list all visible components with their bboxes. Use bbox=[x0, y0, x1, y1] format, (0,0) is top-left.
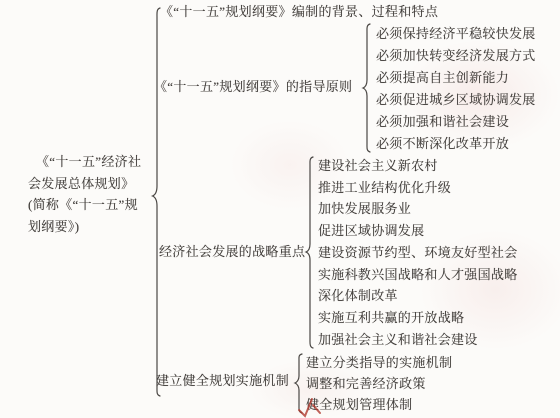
branch-label-implementation-mechanism: 建立健全规划实施机制 bbox=[156, 372, 289, 390]
list-item: 必须加快转变经济发展方式 bbox=[376, 45, 536, 67]
strategic-priorities-curly-brace bbox=[304, 155, 315, 351]
bracket-diagram-page: 《“十一五”经济社 会发展总体规划》 (简称《“十一五”规 划纲要》) 《“十一… bbox=[0, 0, 560, 418]
root-title-line: 划纲要》) bbox=[28, 216, 168, 238]
list-item: 必须加强和谐社会建设 bbox=[376, 111, 536, 133]
list-item: 必须提高自主创新能力 bbox=[376, 67, 536, 89]
root-curly-brace bbox=[149, 6, 163, 400]
root-title-line: 会发展总体规划》 bbox=[28, 173, 168, 195]
list-item: 建立分类指导的实施机制 bbox=[306, 353, 452, 374]
root-title-line: 《“十一五”经济社 bbox=[28, 151, 168, 173]
branch-label-background-process: 《“十一五”规划纲要》编制的背景、过程和特点 bbox=[160, 3, 438, 21]
guiding-principles-list: 必须保持经济平稳较快发展 必须加快转变经济发展方式 必须提高自主创新能力 必须促… bbox=[376, 23, 536, 155]
branch-label-guiding-principles: 《“十一五”规划纲要》的指导原则 bbox=[154, 78, 352, 96]
list-item: 促进区域协调发展 bbox=[318, 220, 518, 242]
list-item: 加强社会主义和谐社会建设 bbox=[318, 329, 518, 351]
strategic-priorities-list: 建设社会主义新农村 推进工业结构优化升级 加快发展服务业 促进区域协调发展 建设… bbox=[318, 155, 518, 350]
list-item: 深化体制改革 bbox=[318, 285, 518, 307]
list-item: 实施科教兴国战略和人才强国战略 bbox=[318, 264, 518, 286]
branch-label-strategic-priorities: 经济社会发展的战略重点 bbox=[159, 243, 305, 261]
red-scribble-mark bbox=[296, 396, 324, 418]
list-item: 健全规划管理体制 bbox=[306, 395, 452, 416]
list-item: 实施互利共赢的开放战略 bbox=[318, 307, 518, 329]
root-title-line: (简称《“十一五”规 bbox=[28, 194, 168, 216]
list-item: 建设资源节约型、环境友好型社会 bbox=[318, 242, 518, 264]
list-item: 加快发展服务业 bbox=[318, 198, 518, 220]
list-item: 必须促进城乡区域协调发展 bbox=[376, 89, 536, 111]
list-item: 必须不断深化改革开放 bbox=[376, 133, 536, 155]
list-item: 建设社会主义新农村 bbox=[318, 155, 518, 177]
implementation-list: 建立分类指导的实施机制 调整和完善经济政策 健全规划管理体制 bbox=[306, 353, 452, 415]
list-item: 调整和完善经济政策 bbox=[306, 374, 452, 395]
list-item: 推进工业结构优化升级 bbox=[318, 177, 518, 199]
guiding-principles-curly-brace bbox=[361, 22, 372, 156]
list-item: 必须保持经济平稳较快发展 bbox=[376, 23, 536, 45]
root-title: 《“十一五”经济社 会发展总体规划》 (简称《“十一五”规 划纲要》) bbox=[28, 151, 168, 237]
